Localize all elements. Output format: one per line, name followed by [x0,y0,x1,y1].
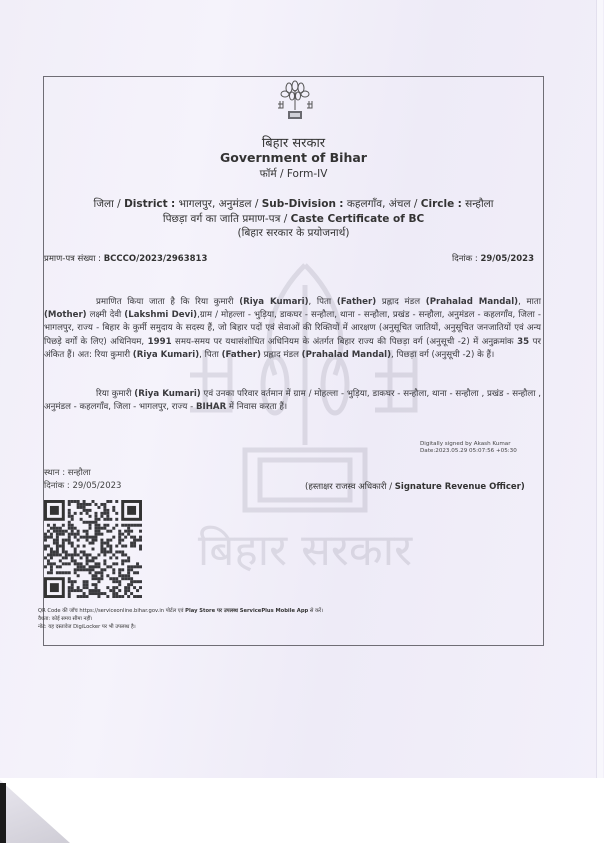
signatory-designation: (हस्ताक्षर राजस्व अधिकारी / Signature Re… [305,481,600,492]
certificate-number: प्रमाण-पत्र संख्या : BCCCO/2023/2963813 [44,253,207,264]
folded-corner [0,780,70,843]
issue-date: दिनांक : 29/05/2023 [452,253,534,264]
residence-paragraph: रिया कुमारी (Riya Kumari) एवं उनका परिवा… [44,388,541,414]
qr-code-icon[interactable] [44,500,142,598]
jurisdiction-line: जिला / District : भागलपुर, अनुमंडल / Sub… [43,197,544,211]
govt-title-english: Government of Bihar [43,150,544,165]
scanned-page: बिहार सरकार बिहार सरकार Government of Bi… [0,0,604,778]
verification-notes: QR Code की जाँच https://serviceonline.bi… [38,607,323,631]
page-edge [596,0,603,778]
govt-title-hindi: बिहार सरकार [43,133,544,151]
form-number: फॉर्म / Form-IV [43,167,544,181]
digital-signature-stamp: Digitally signed by Akash Kumar Date:202… [420,441,517,455]
certificate-title: पिछड़ा वर्ग का जाति प्रमाण-पत्र / Caste … [43,212,544,226]
corner-shadow [0,783,6,843]
certification-paragraph: प्रमाणित किया जाता है कि रिया कुमारी (Ri… [44,296,541,362]
certificate-purpose: (बिहार सरकार के प्रयोजनार्थ) [43,226,544,240]
place-date-block: स्थान : सन्हौला दिनांक : 29/05/2023 [44,467,121,493]
